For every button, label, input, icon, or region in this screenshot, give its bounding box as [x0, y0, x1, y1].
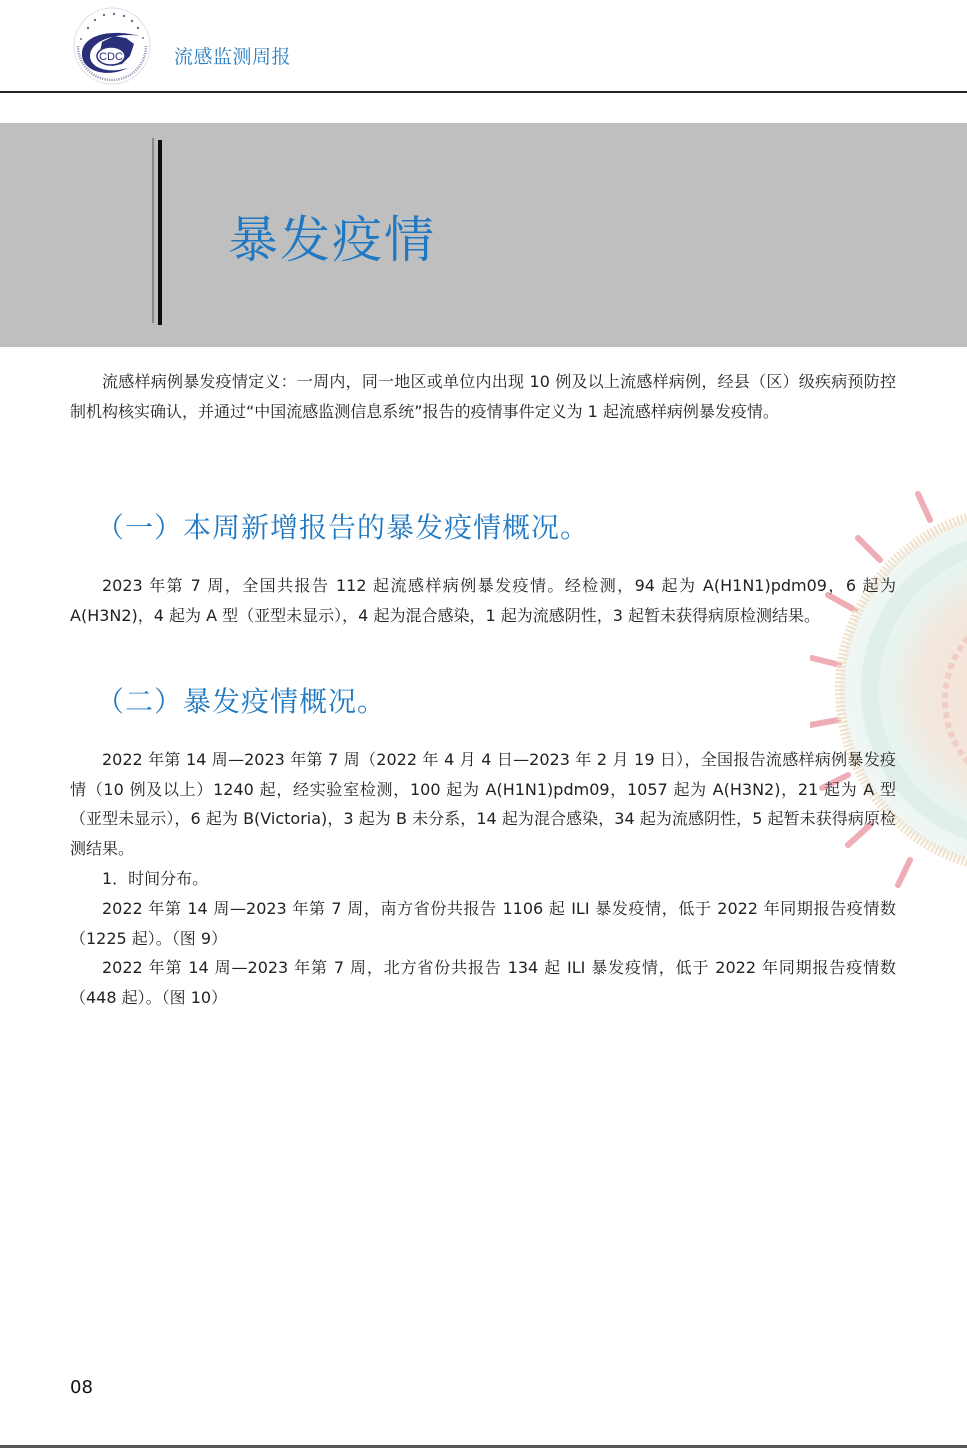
time-distribution-subheading: 1．时间分布。 — [70, 864, 896, 894]
page-number: 08 — [70, 1377, 93, 1398]
outbreak-overview-paragraph: 2022 年第 14 周—2023 年第 7 周（2022 年 4 月 4 日—… — [70, 745, 896, 863]
cdc-logo-icon: CDC — [68, 6, 156, 86]
page-header: CDC 流感监测周报 — [0, 0, 967, 92]
chapter-title: 暴发疫情 — [228, 200, 436, 272]
footer-divider — [0, 1445, 967, 1448]
chapter-banner — [0, 123, 967, 347]
northern-provinces-paragraph: 2022 年第 14 周—2023 年第 7 周，北方省份共报告 134 起 I… — [70, 953, 896, 1012]
publication-title: 流感监测周报 — [174, 42, 291, 69]
banner-accent-line-thick — [158, 140, 162, 325]
banner-accent-line-thin — [152, 138, 154, 323]
svg-text:CDC: CDC — [99, 51, 123, 63]
outbreak-definition: 流感样病例暴发疫情定义：一周内，同一地区或单位内出现 10 例及以上流感样病例，… — [70, 367, 896, 426]
section-heading-weekly-overview: （一）本周新增报告的暴发疫情概况。 — [96, 506, 589, 546]
southern-provinces-paragraph: 2022 年第 14 周—2023 年第 7 周，南方省份共报告 1106 起 … — [70, 894, 896, 953]
weekly-overview-paragraph: 2023 年第 7 周，全国共报告 112 起流感样病例暴发疫情。经检测，94 … — [70, 571, 896, 630]
section-heading-outbreak-overview: （二）暴发疫情概况。 — [96, 680, 386, 720]
cdc-logo: CDC — [68, 6, 156, 86]
header-divider — [0, 91, 967, 93]
